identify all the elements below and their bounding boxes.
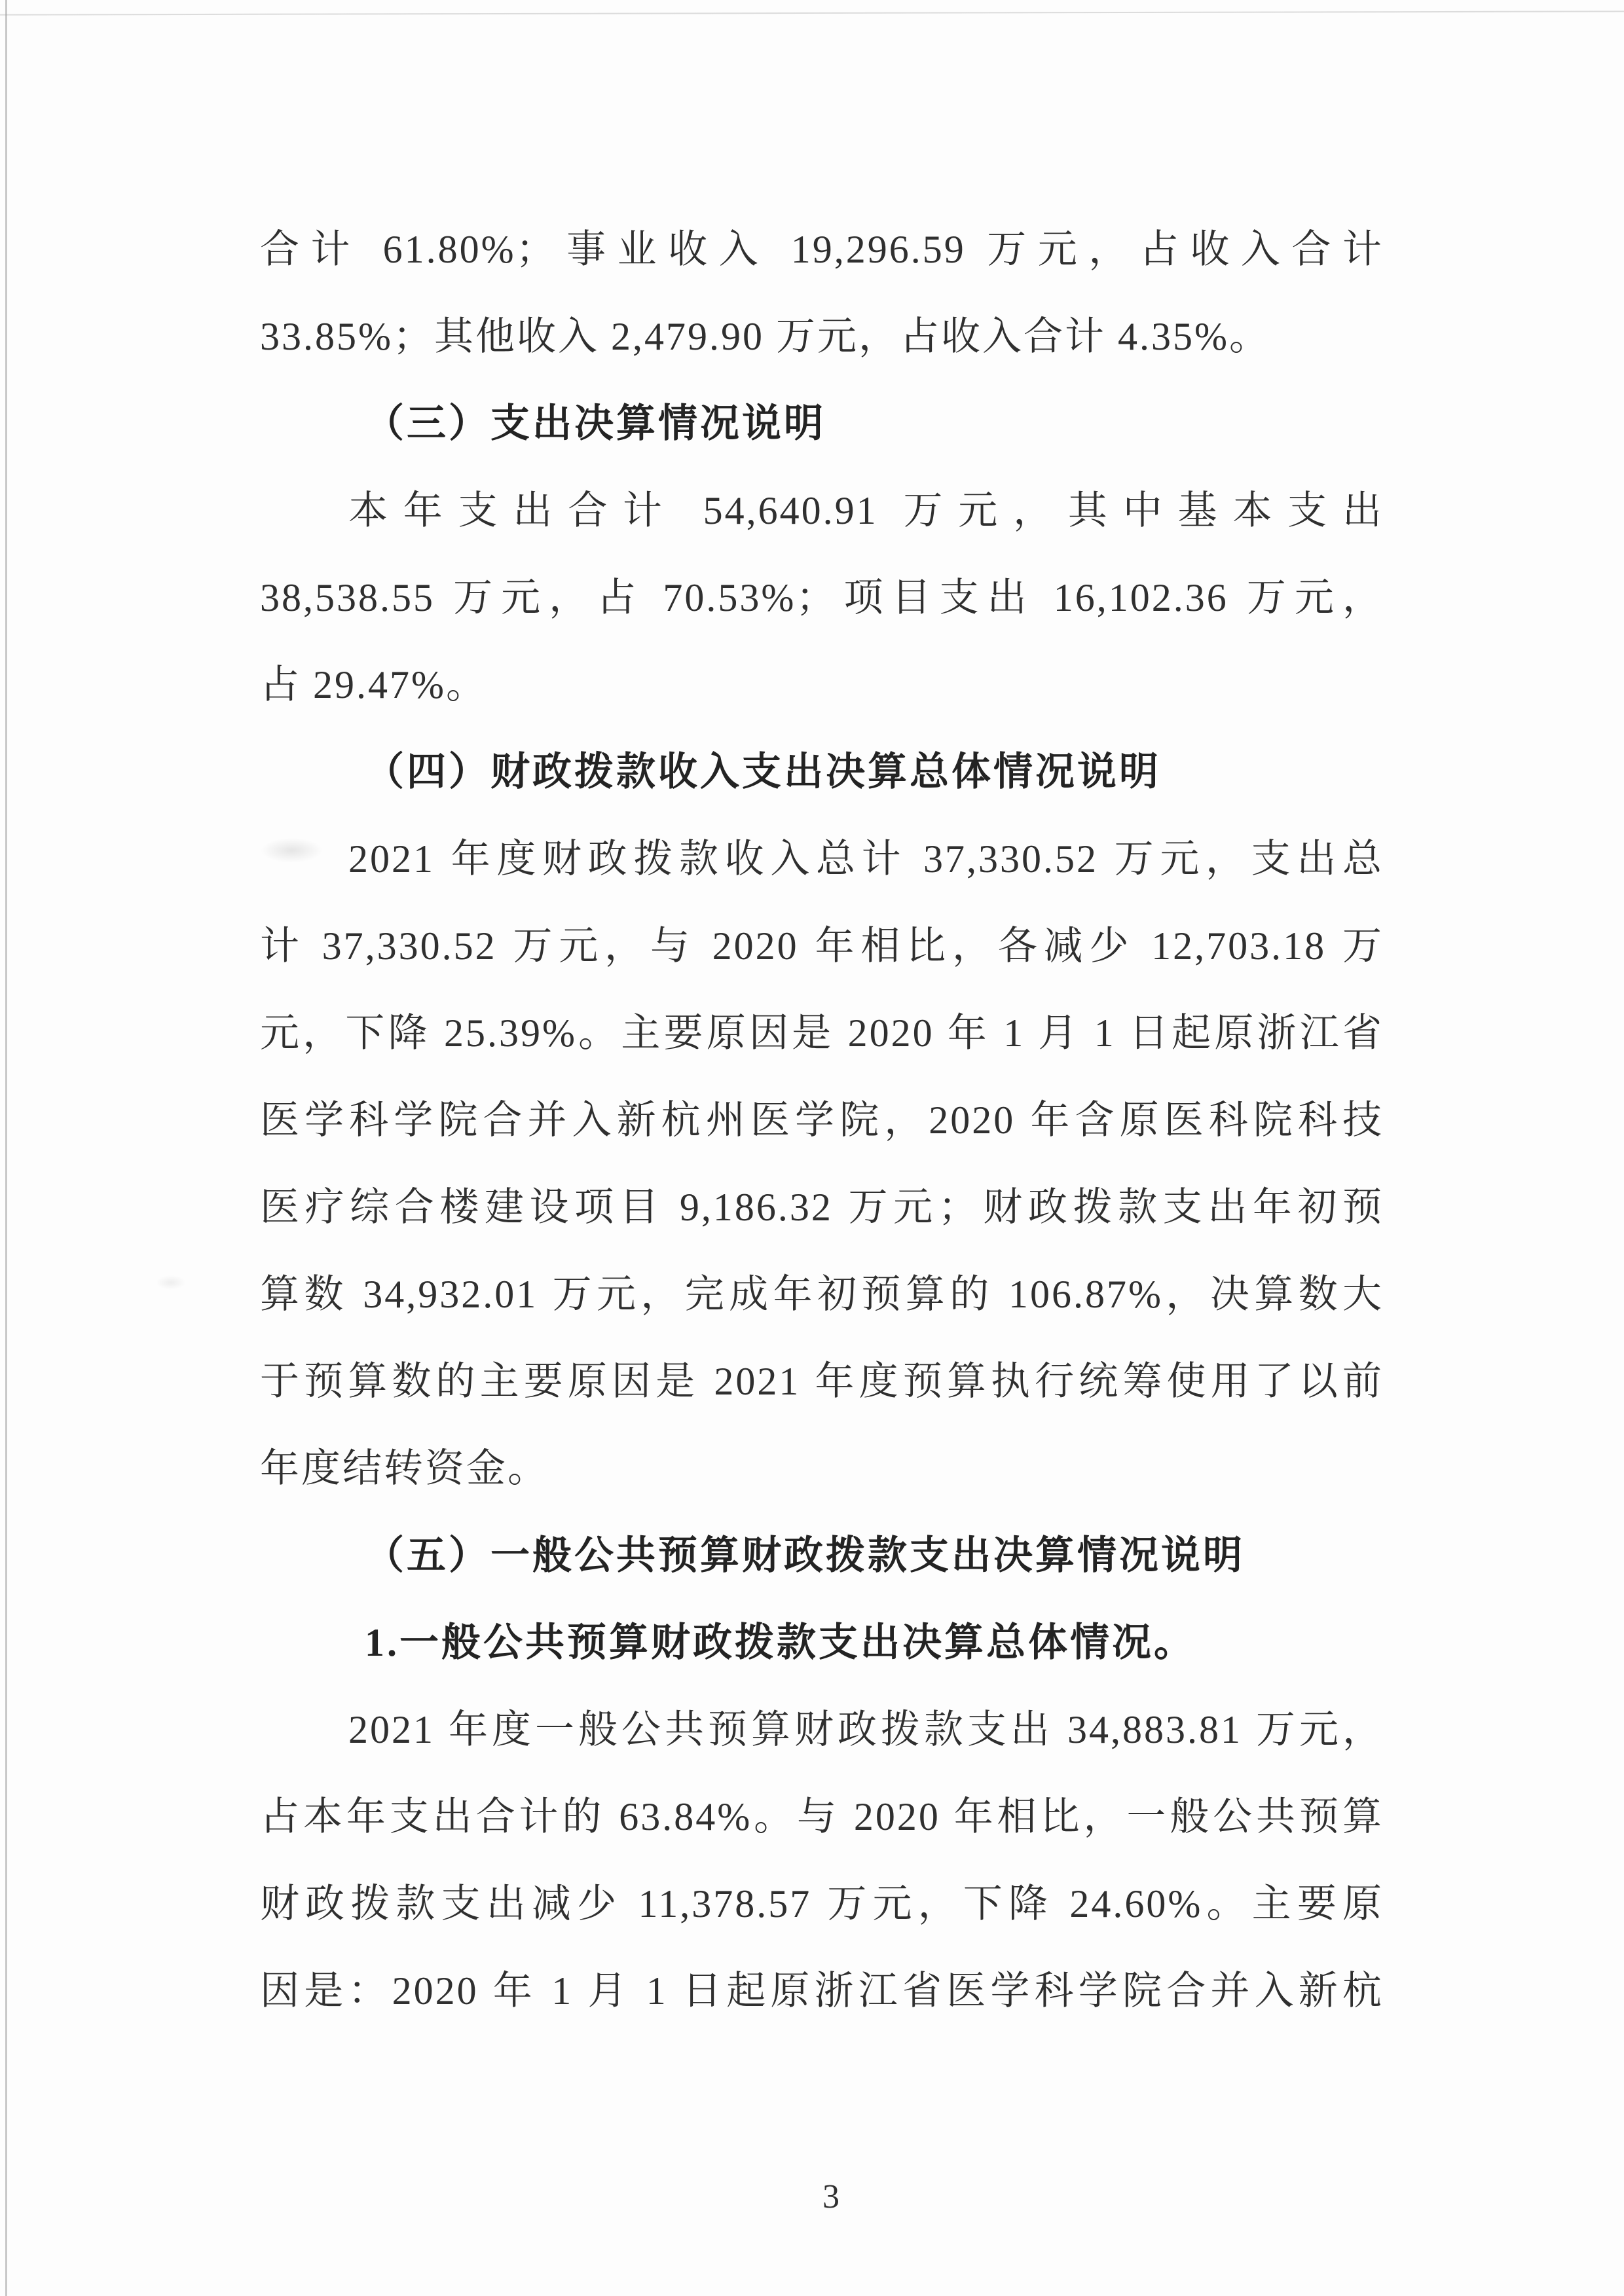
sub-heading: 1.一般公共预算财政拨款支出决算总体情况。 — [260, 1599, 1384, 1686]
paragraph-line: 占本年支出合计的 63.84%。与 2020 年相比，一般公共预算 — [260, 1774, 1384, 1861]
scan-edge-line-left — [5, 0, 7, 2296]
section-heading: （三）支出决算情况说明 — [260, 380, 1384, 467]
paragraph-line: 合计 61.80%；事业收入 19,296.59 万元，占收入合计 — [260, 206, 1384, 293]
paragraph-line: 于预算数的主要原因是 2021 年度预算执行统筹使用了以前 — [260, 1338, 1384, 1425]
paragraph-line: 因是：2020 年 1 月 1 日起原浙江省医学科学院合并入新杭 — [260, 1948, 1384, 2035]
scan-smudge — [156, 1275, 186, 1290]
paragraph-line: 33.85%；其他收入 2,479.90 万元，占收入合计 4.35%。 — [260, 293, 1384, 380]
paragraph-line: 2021 年度一般公共预算财政拨款支出 34,883.81 万元， — [260, 1686, 1384, 1774]
paragraph-line: 占 29.47%。 — [260, 642, 1384, 729]
section-heading: （四）财政拨款收入支出决算总体情况说明 — [260, 729, 1384, 816]
paragraph-line: 财政拨款支出减少 11,378.57 万元，下降 24.60%。主要原 — [260, 1861, 1384, 1948]
paragraph-line: 本年支出合计 54,640.91 万元，其中基本支出 — [260, 467, 1384, 555]
page-body-text: 合计 61.80%；事业收入 19,296.59 万元，占收入合计 33.85%… — [260, 206, 1384, 2035]
paragraph-line: 医学科学院合并入新杭州医学院，2020 年含原医科院科技 — [260, 1077, 1384, 1164]
paragraph-line: 元，下降 25.39%。主要原因是 2020 年 1 月 1 日起原浙江省 — [260, 990, 1384, 1077]
paragraph-line: 38,538.55 万元，占 70.53%；项目支出 16,102.36 万元， — [260, 555, 1384, 642]
paragraph-line: 医疗综合楼建设项目 9,186.32 万元；财政拨款支出年初预 — [260, 1164, 1384, 1251]
paragraph-line: 算数 34,932.01 万元，完成年初预算的 106.87%，决算数大 — [260, 1251, 1384, 1338]
paragraph-line: 年度结转资金。 — [260, 1425, 1384, 1512]
paragraph-line: 计 37,330.52 万元，与 2020 年相比，各减少 12,703.18 … — [260, 903, 1384, 990]
paragraph-line: 2021 年度财政拨款收入总计 37,330.52 万元，支出总 — [260, 816, 1384, 903]
scan-edge-line-top — [0, 10, 1624, 15]
page-number: 3 — [822, 2178, 840, 2217]
document-page: 合计 61.80%；事业收入 19,296.59 万元，占收入合计 33.85%… — [0, 0, 1624, 2296]
section-heading: （五）一般公共预算财政拨款支出决算情况说明 — [260, 1512, 1384, 1599]
